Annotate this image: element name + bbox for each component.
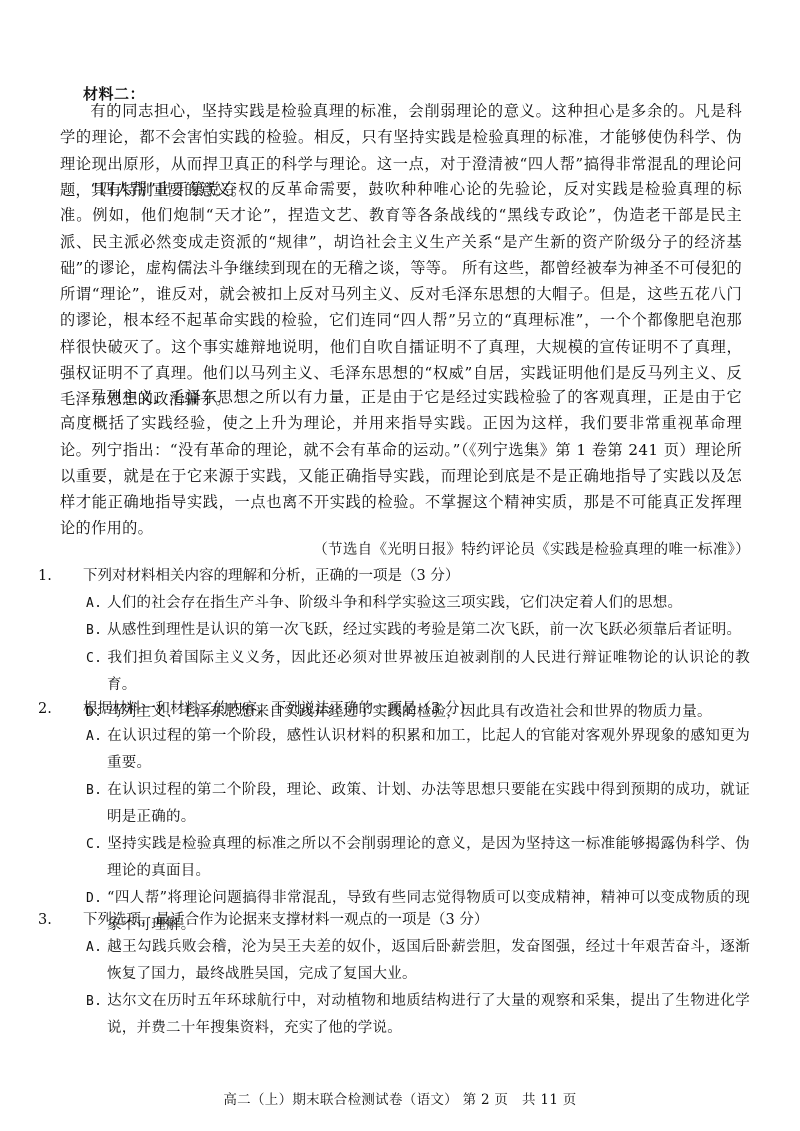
option-a: A.越王勾践兵败会稽，沦为吴王夫差的奴仆，返国后卧薪尝胆，发奋图强，经过十年艰苦… xyxy=(86,934,750,988)
question-number: 2. xyxy=(38,696,78,723)
material-paragraph-3: 马列主义、毛泽东思想之所以有力量，正是由于它是经过实践检验了的客观真理，正是由于… xyxy=(60,384,742,542)
option-c: C.我们担负着国际主义义务，因此还必须对世界被压迫被剥削的人民进行辩证唯物论的认… xyxy=(86,645,750,699)
option-c: C.坚持实践是检验真理的标准之所以不会削弱理论的意义，是因为坚持这一标准能够揭露… xyxy=(86,831,750,885)
option-text: 越王勾践兵败会稽，沦为吴王夫差的奴仆，返国后卧薪尝胆，发奋图强，经过十年艰苦奋斗… xyxy=(107,939,750,983)
option-text: 达尔文在历时五年环球航行中，对动植物和地质结构进行了大量的观察和采集，提出了生物… xyxy=(107,993,750,1037)
option-key: C. xyxy=(86,832,107,859)
question-number: 1. xyxy=(38,563,78,590)
option-text: 坚持实践是检验真理的标准之所以不会削弱理论的意义，是因为坚持这一标准能够揭露伪科… xyxy=(107,836,750,880)
option-text: 我们担负着国际主义义务，因此还必须对世界被压迫被剥削的人民进行辩证唯物论的认识论… xyxy=(107,650,750,694)
question-stem: 根据材料一和材料二的内容，下列说法正确的一项是（3 分） xyxy=(83,696,750,723)
page-footer: 高二（上）期末联合检测试卷（语文） 第 2 页 共 11 页 xyxy=(0,1088,800,1108)
question-stem: 下列对材料相关内容的理解和分析，正确的一项是（3 分） xyxy=(83,563,750,590)
option-key: A. xyxy=(86,724,107,751)
material-paragraph-2: “四人帮”出于篡党夺权的反革命需要，鼓吹种种唯心论的先验论，反对实践是检验真理的… xyxy=(60,176,742,413)
option-key: B. xyxy=(86,778,107,805)
question-2: 2. 根据材料一和材料二的内容，下列说法正确的一项是（3 分） A.在认识过程的… xyxy=(38,696,750,939)
option-text: 在认识过程的第二个阶段，理论、政策、计划、办法等思想只要能在实践中得到预期的成功… xyxy=(107,782,750,826)
option-b: B.在认识过程的第二个阶段，理论、政策、计划、办法等思想只要能在实践中得到预期的… xyxy=(86,777,750,831)
option-key: B. xyxy=(86,618,107,645)
option-text: 在认识过程的第一个阶段，感性认识材料的积累和加工，比起人的官能对客观外界现象的感… xyxy=(107,728,750,772)
option-key: A. xyxy=(86,935,107,962)
option-a: A.人们的社会存在指生产斗争、阶级斗争和科学实验这三项实践，它们决定着人们的思想… xyxy=(86,590,750,618)
option-b: B.达尔文在历时五年环球航行中，对动植物和地质结构进行了大量的观察和采集，提出了… xyxy=(86,988,750,1042)
option-key: C. xyxy=(86,646,107,673)
option-text: 从感性到理性是认识的第一次飞跃，经过实践的考验是第二次飞跃，前一次飞跃必须靠后者… xyxy=(107,622,741,638)
option-key: A. xyxy=(86,591,107,618)
question-3: 3. 下列选项，最适合作为论据来支撑材料一观点的一项是（3 分） A.越王勾践兵… xyxy=(38,907,750,1042)
option-b: B.从感性到理性是认识的第一次飞跃，经过实践的考验是第二次飞跃，前一次飞跃必须靠… xyxy=(86,617,750,645)
option-key: B. xyxy=(86,989,107,1016)
exam-page: 材料二： 有的同志担心，坚持实践是检验真理的标准，会削弱理论的意义。这种担心是多… xyxy=(0,0,800,1131)
question-number: 3. xyxy=(38,907,78,934)
option-a: A.在认识过程的第一个阶段，感性认识材料的积累和加工，比起人的官能对客观外界现象… xyxy=(86,723,750,777)
question-stem: 下列选项，最适合作为论据来支撑材料一观点的一项是（3 分） xyxy=(83,907,750,934)
material-source-citation: （节选自《光明日报》特约评论员《实践是检验真理的唯一标准》） xyxy=(313,538,750,559)
option-text: 人们的社会存在指生产斗争、阶级斗争和科学实验这三项实践，它们决定着人们的思想。 xyxy=(107,595,682,611)
